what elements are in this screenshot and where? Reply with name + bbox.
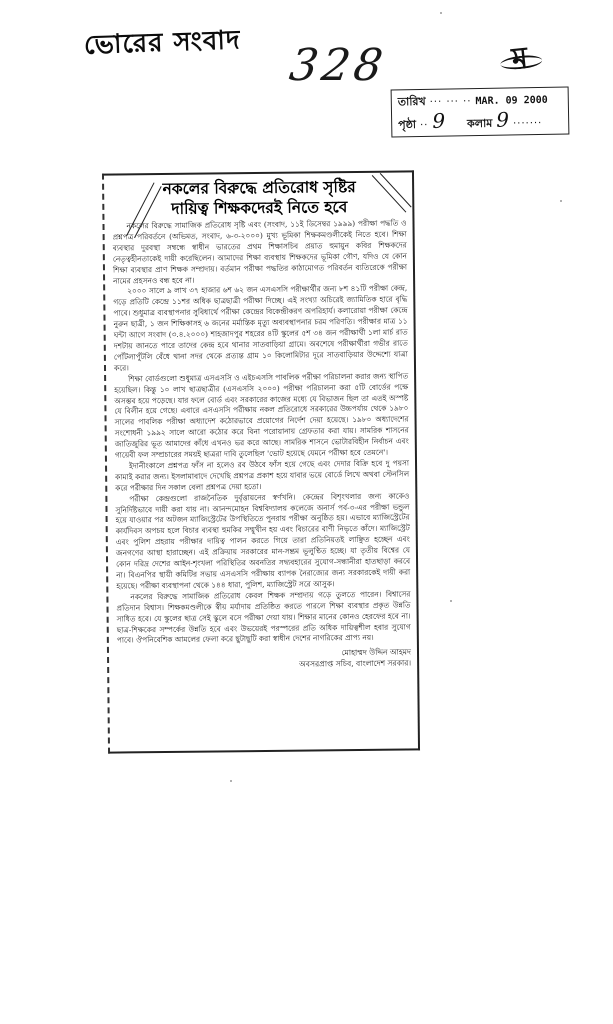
article-paragraph: নকলের বিরুদ্ধে সামাজিক প্রতিরোধ সৃষ্টি এ… <box>112 218 407 287</box>
date-page-stamp: তারিখ ··· ··· ·· MAR. 09 2000 পৃষ্ঠা ·· … <box>391 86 570 137</box>
stamp-date-value: MAR. 09 2000 <box>475 95 547 107</box>
newspaper-clipping: নকলের বিরুদ্ধে প্রতিরোধ সৃষ্টির দায়িত্ব… <box>102 170 420 753</box>
stamp-dots: ··· ··· ·· <box>430 96 472 108</box>
stamp-date-label: তারিখ <box>398 93 426 112</box>
stamp-dots: ·· <box>420 120 429 131</box>
article-paragraph: শিক্ষা বোর্ডগুলো শুধুমাত্র এসএসসি ও এইচএ… <box>114 371 409 461</box>
publication-masthead: ভোরের সংবাদ <box>83 19 241 68</box>
headline-line-2: দায়িত্ব শিক্ষকদেরই নিতে হবে <box>112 196 406 219</box>
article-body: নকলের বিরুদ্ধে সামাজিক প্রতিরোধ সৃষ্টি এ… <box>112 218 410 646</box>
scan-speck <box>230 780 232 782</box>
scan-speck <box>440 12 442 14</box>
article-paragraph: নকলের বিরুদ্ধে সামাজিক প্রতিরোধ কেবল শিক… <box>116 589 411 647</box>
article-paragraph: পরীক্ষা কেন্দ্রগুলো রাজনৈতিক দুর্বৃত্তায… <box>115 491 410 592</box>
stamp-page-row: পৃষ্ঠা ·· 9 কলাম 9 ······· <box>398 112 562 136</box>
stamp-page-value: 9 <box>432 114 445 128</box>
stamp-column-label: কলাম <box>467 115 493 134</box>
handwritten-page-number: 328 <box>286 40 389 91</box>
article-signature: মোহাম্মদ উদ্দিন আহমদ অবসরপ্রাপ্ত সচিব, ব… <box>117 647 411 672</box>
author-title: অবসরপ্রাপ্ত সচিব, বাংলাদেশ সরকার। <box>117 658 411 672</box>
stamp-dots: ······· <box>513 118 542 130</box>
scan-speck <box>560 200 562 202</box>
stamp-date-row: তারিখ ··· ··· ·· MAR. 09 2000 <box>398 91 562 115</box>
article-paragraph: ২০০০ সালে ৯ লাখ ৩৭ হাজার ৬শ ৬২ জন এসএসসি… <box>113 284 408 374</box>
handwritten-initials: ম <box>510 35 530 83</box>
stamp-column-value: 9 <box>496 112 509 126</box>
article-headline: নকলের বিরুদ্ধে প্রতিরোধ সৃষ্টির দায়িত্ব… <box>112 176 406 219</box>
stamp-page-label: পৃষ্ঠা <box>398 116 416 135</box>
article-paragraph: ইদানীংকালে প্রশ্নপত্র ফাঁস না হলেও রব উঠ… <box>115 458 409 494</box>
scan-speck <box>450 600 452 602</box>
